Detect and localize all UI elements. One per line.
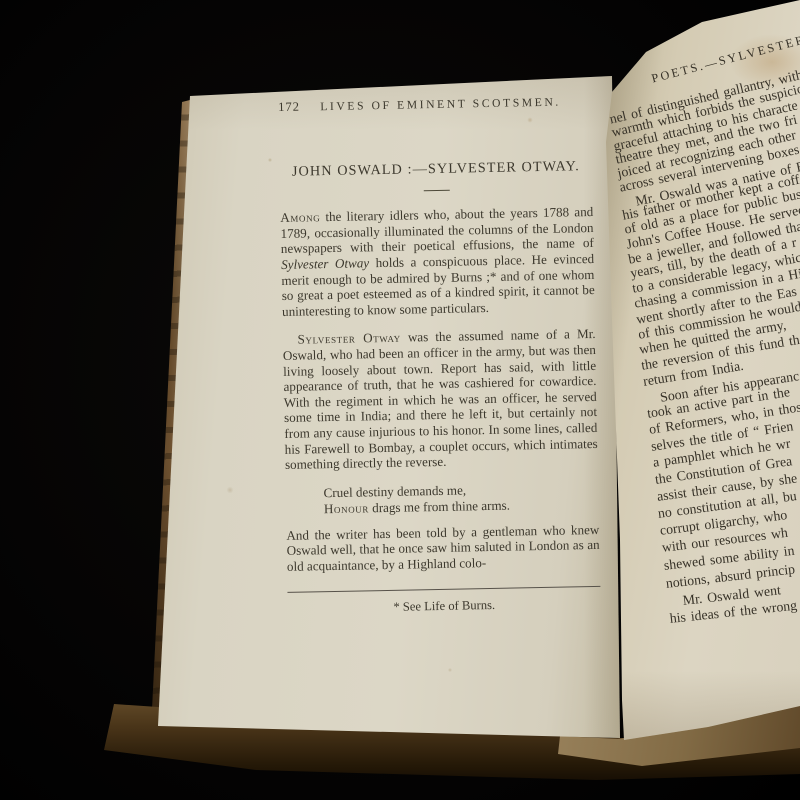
footnote-rule: [287, 586, 600, 593]
left-page: 172 LIVES OF EMINENT SCOTSMEN. JOHN OSWA…: [150, 70, 630, 750]
verse-line-2-lead: Honour: [324, 501, 369, 517]
paragraph-2-lead: Sylvester Otway: [297, 330, 400, 347]
book-photograph: { "photo": { "background": "#050404", "i…: [0, 0, 800, 800]
paragraph-1-text-a: the literary idlers who, about the years…: [280, 204, 594, 256]
left-page-text-block: 172 LIVES OF EMINENT SCOTSMEN. JOHN OSWA…: [278, 94, 601, 617]
chapter-title: JOHN OSWALD :—SYLVESTER OTWAY.: [279, 159, 592, 181]
page-number: 172: [278, 100, 300, 116]
paragraph-1: Among the literary idlers who, about the…: [280, 204, 595, 319]
paragraph-2-text: was the assumed name of a Mr. Oswald, wh…: [283, 326, 598, 472]
title-divider-rule: [423, 190, 449, 191]
paragraph-2: Sylvester Otway was the assumed name of …: [282, 326, 598, 472]
right-page: POETS.—SYLVESTER OT nel of distinguished…: [590, 0, 800, 780]
paragraph-3: And the writer has been told by a gentle…: [286, 522, 600, 575]
paragraph-1-italic-name: Sylvester Otway: [281, 255, 369, 272]
verse-couplet: Cruel destiny demands me, Honour drags m…: [323, 480, 599, 518]
paragraph-1-lead: Among: [280, 209, 320, 225]
verse-line-2-rest: drags me from thine arms.: [369, 498, 510, 516]
